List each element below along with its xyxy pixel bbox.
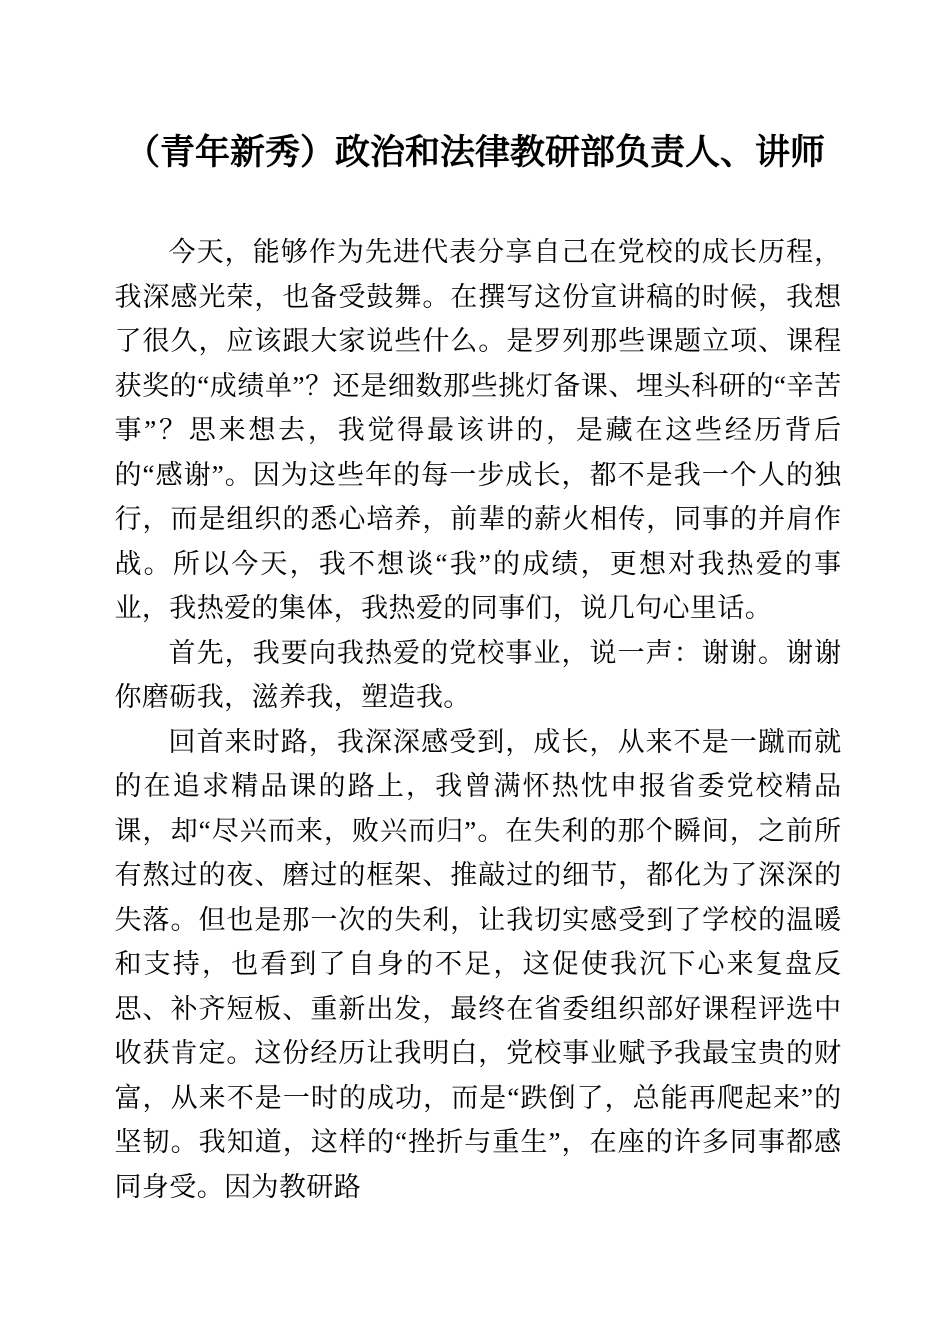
paragraph-3: 回首来时路，我深深感受到，成长，从来不是一蹴而就的在追求精品课的路上，我曾满怀热…: [115, 720, 842, 1210]
paragraph-1: 今天，能够作为先进代表分享自己在党校的成长历程，我深感光荣，也备受鼓舞。在撰写这…: [115, 230, 842, 631]
paragraph-2: 首先，我要向我热爱的党校事业，说一声：谢谢。谢谢你磨砺我，滋养我，塑造我。: [115, 631, 842, 720]
document-body: 今天，能够作为先进代表分享自己在党校的成长历程，我深感光荣，也备受鼓舞。在撰写这…: [109, 230, 842, 1209]
document-title: （青年新秀）政治和法律教研部负责人、讲师: [0, 0, 950, 180]
document-page: （青年新秀）政治和法律教研部负责人、讲师 今天，能够作为先进代表分享自己在党校的…: [0, 0, 950, 1344]
